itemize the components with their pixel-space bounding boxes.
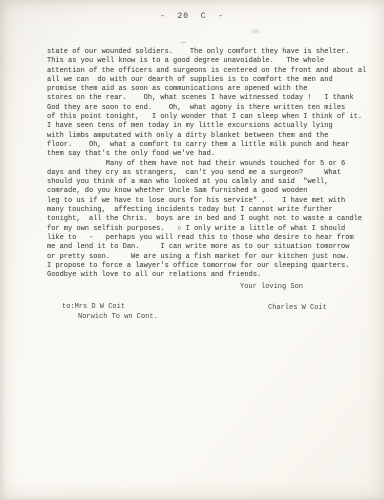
letter-body-text: state of our wounded soldiers. The only … bbox=[47, 48, 366, 280]
signature-name: Charles W Coit bbox=[268, 304, 327, 312]
scan-artifact bbox=[181, 42, 186, 43]
addressee-name: to:Mrs D W Coit bbox=[62, 303, 125, 311]
closing-salutation: Your loving Son bbox=[240, 283, 303, 291]
letter-scan-page: - 20 C - state of our wounded soldiers. … bbox=[0, 0, 384, 500]
addressee-place: Norwich To wn Cont. bbox=[78, 313, 158, 321]
page-number-header: - 20 C - bbox=[0, 12, 384, 21]
scan-artifact bbox=[251, 29, 260, 34]
